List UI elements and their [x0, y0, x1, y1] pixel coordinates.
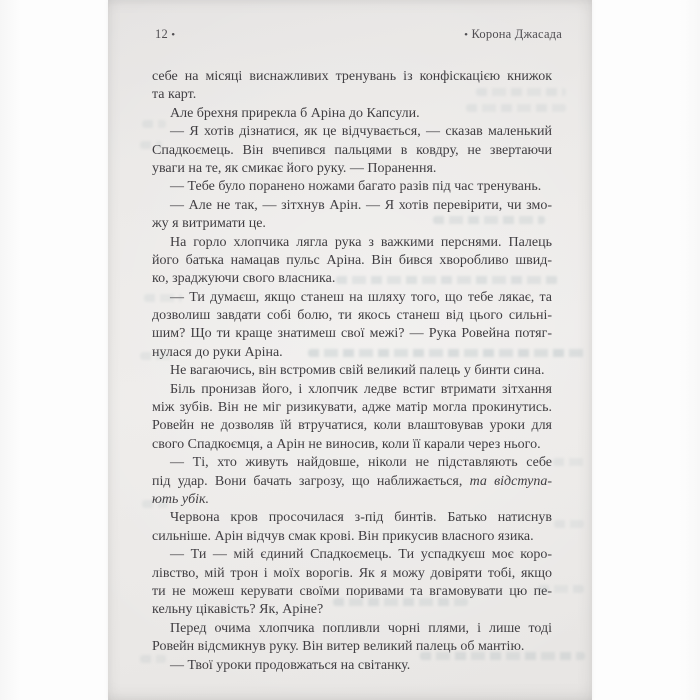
text-line-segment: Не вагаючись, він встромив свій великий …: [170, 363, 544, 378]
text-line: ко, зраджуючи свого власника.: [152, 270, 552, 288]
text-line: — Тебе було поранено ножами багато разів…: [152, 178, 552, 196]
text-line: Спадкоємець. Він вчепився пальцями в ков…: [152, 142, 552, 160]
text-line: жу я витримати це.: [152, 215, 552, 233]
text-line-segment: Біль пронизав його, і хлопчик ледве всти…: [170, 382, 552, 397]
text-line: Біль пронизав його, і хлопчик ледве всти…: [152, 381, 552, 399]
text-line: сильніше. Арін відчув смак крові. Він пр…: [152, 528, 552, 546]
text-line: — Я хотів дізнатися, як це відчувається,…: [152, 123, 552, 141]
text-line: ти не можеш керувати своїми поривами та …: [152, 583, 552, 601]
page-number: 12: [155, 27, 168, 41]
text-line-segment: уваги на те, як смикає його руку. — Пора…: [152, 161, 436, 176]
body-text: себе на місяці виснажливих тренувань із …: [152, 68, 552, 675]
text-line: себе на місяці виснажливих тренувань із …: [152, 68, 552, 86]
text-line: лівство, мій трон і моїх ворогів. Як я м…: [152, 565, 552, 583]
text-line-segment: — Я хотів дізнатися, як це відчувається,…: [170, 124, 552, 139]
text-line: уваги на те, як смикає його руку. — Пора…: [152, 160, 552, 178]
text-line: ють убік.: [152, 491, 552, 509]
text-line-segment: нулася до руки Аріна.: [152, 345, 283, 360]
text-line: шим? Що ти краще знатимеш свої межі? — Р…: [152, 325, 552, 343]
text-line-segment: Спадкоємець. Він вчепився пальцями в ков…: [152, 143, 552, 158]
text-line-segment: — Але не так, — зітхнув Арін. — Я хотів …: [170, 198, 552, 213]
bleedthrough-ghost: [553, 458, 585, 466]
text-line: — Але не так, — зітхнув Арін. — Я хотів …: [152, 197, 552, 215]
scan-canvas: 12 • • Корона Джасада себе на місяці вис…: [0, 0, 700, 700]
page-number-group: 12 •: [152, 27, 175, 43]
text-line: Ровейн відсмикнув руку. Він витер велики…: [152, 638, 552, 656]
text-line: Червона кров просочилася з-під бинтів. Б…: [152, 509, 552, 527]
text-line-segment: — Ти — мій єдиний Спадкоємець. Ти успадк…: [170, 547, 552, 562]
text-line: свого Спадкоємця, а Арін не виносив, кол…: [152, 436, 552, 454]
text-line: Не вагаючись, він встромив свій великий …: [152, 362, 552, 380]
book-title-group: • Корона Джасада: [464, 27, 562, 43]
text-line-segment: Ровейн відсмикнув руку. Він витер велики…: [152, 639, 524, 654]
text-line: Але брехня прирекла б Аріна до Капсули.: [152, 105, 552, 123]
text-line: Ровейн не дозволяв їй втручатися, коли в…: [152, 417, 552, 435]
text-line: та карт.: [152, 86, 552, 104]
text-line-segment: під удар. Вони бачать загрозу, що наближ…: [152, 474, 470, 489]
text-line: нулася до руки Аріна.: [152, 344, 552, 362]
text-line-segment: сильніше. Арін відчув смак крові. Він пр…: [152, 529, 534, 544]
text-line: Перед очима хлопчика попливли чорні плям…: [152, 620, 552, 638]
bullet-icon: •: [171, 29, 175, 41]
text-line-segment: шим? Що ти краще знатимеш свої межі? — Р…: [152, 326, 552, 341]
running-head: 12 • • Корона Джасада: [152, 27, 562, 43]
text-line-italic-segment: ють убік.: [152, 492, 209, 507]
bullet-icon: •: [464, 29, 468, 41]
text-line-segment: — Ті, хто живуть найдовше, ніколи не під…: [170, 455, 552, 470]
text-line-segment: Ровейн не дозволяв їй втручатися, коли в…: [152, 418, 552, 433]
text-line-segment: кельну цікавість? Як, Аріне?: [152, 602, 323, 617]
text-line-segment: його батька намацав пульс Аріна. Він бив…: [152, 253, 552, 268]
text-line-segment: ко, зраджуючи свого власника.: [152, 271, 335, 286]
text-line-segment: — Твої уроки продовжаться на світанку.: [170, 658, 410, 673]
text-line: між зубів. Він не міг ризикувати, адже м…: [152, 399, 552, 417]
text-line-segment: ти не можеш керувати своїми поривами та …: [152, 584, 552, 599]
text-line-segment: Але брехня прирекла б Аріна до Капсули.: [170, 106, 420, 121]
text-line-segment: лівство, мій трон і моїх ворогів. Як я м…: [152, 566, 552, 581]
text-line-segment: — Ти думаєш, якщо станеш на шляху того, …: [170, 290, 552, 305]
text-line-segment: свого Спадкоємця, а Арін не виносив, кол…: [152, 437, 541, 452]
text-line-segment: себе на місяці виснажливих тренувань із …: [152, 69, 552, 84]
text-line-segment: — Тебе було поранено ножами багато разів…: [170, 179, 541, 194]
text-line: На горло хлопчика лягла рука з важкими п…: [152, 234, 552, 252]
text-line-segment: між зубів. Він не міг ризикувати, адже м…: [152, 400, 552, 415]
text-line-segment: жу я витримати це.: [152, 216, 266, 231]
text-line: під удар. Вони бачать загрозу, що наближ…: [152, 473, 552, 491]
text-line-segment: Червона кров просочилася з-під бинтів. Б…: [170, 510, 552, 525]
text-line-segment: та карт.: [152, 87, 196, 102]
book-page: 12 • • Корона Джасада себе на місяці вис…: [108, 0, 592, 700]
text-line-segment: На горло хлопчика лягла рука з важкими п…: [170, 235, 552, 250]
book-title: Корона Джасада: [472, 27, 563, 41]
bleedthrough-ghost: [554, 520, 584, 528]
text-line: — Ти — мій єдиний Спадкоємець. Ти успадк…: [152, 546, 552, 564]
text-line: — Ти думаєш, якщо станеш на шляху того, …: [152, 289, 552, 307]
text-line-italic-segment: та відступа-: [470, 474, 552, 489]
text-line: кельну цікавість? Як, Аріне?: [152, 601, 552, 619]
text-line: — Твої уроки продовжаться на світанку.: [152, 657, 552, 675]
text-line-segment: Перед очима хлопчика попливли чорні плям…: [170, 621, 552, 636]
text-line: його батька намацав пульс Аріна. Він бив…: [152, 252, 552, 270]
text-line: — Ті, хто живуть найдовше, ніколи не під…: [152, 454, 552, 472]
text-line: дозволиш завдати собі болю, ти якось ста…: [152, 307, 552, 325]
text-line-segment: дозволиш завдати собі болю, ти якось ста…: [152, 308, 552, 323]
